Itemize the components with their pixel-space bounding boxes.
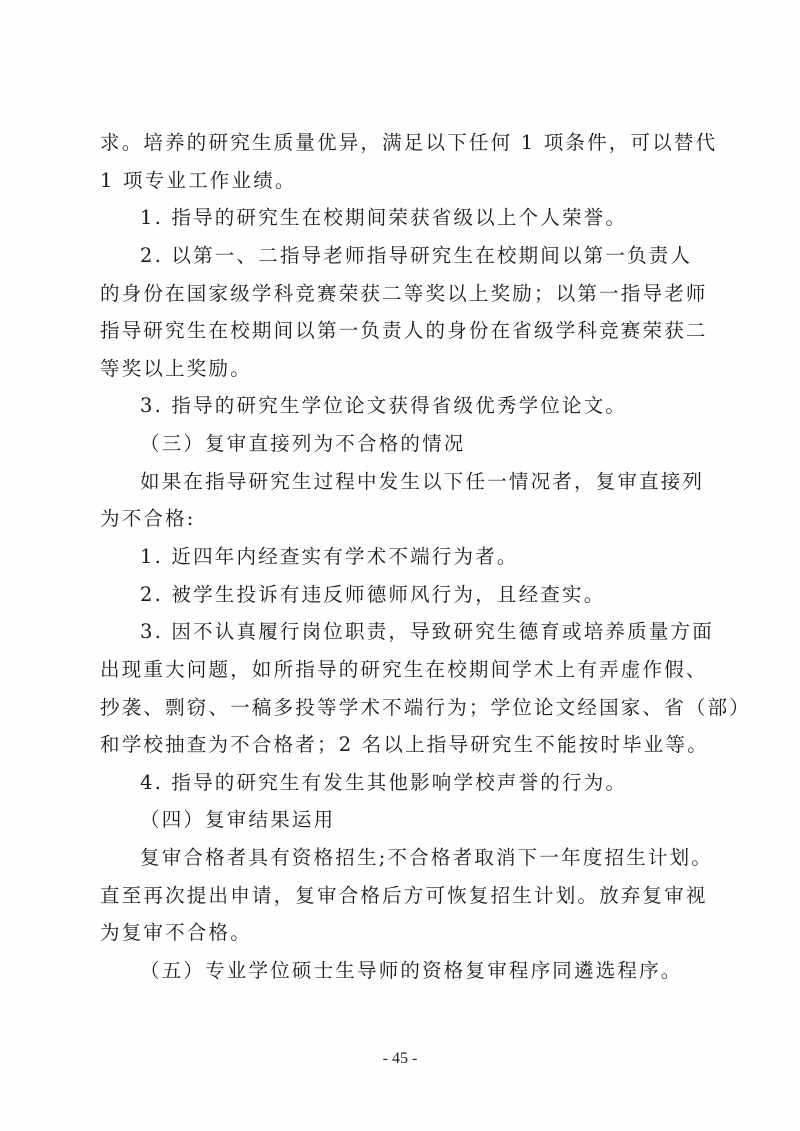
text-line: 等奖以上奖励。 [100,354,720,384]
section-heading: （五）专业学位硕士生导师的资格复审程序同遴选程序。 [140,956,760,986]
text-line: 直至再次提出申请，复审合格后方可恢复招生计划。放弃复审视 [100,881,720,911]
text-line: 的身份在国家级学科竞赛荣获二等奖以上奖励；以第一指导老师 [100,279,720,309]
text-line: 为不合格: [100,504,720,534]
section-heading: （四）复审结果运用 [140,805,760,835]
document-page: 求。培养的研究生质量优异，满足以下任何 1 项条件，可以替代 1 项专业工作业绩… [0,0,800,1131]
list-item: 3. 因不认真履行岗位职责，导致研究生德育或培养质量方面 [140,617,720,647]
text-line: 1 项专业工作业绩。 [100,166,720,196]
section-heading: （三）复审直接列为不合格的情况 [140,429,760,459]
text-line: 指导研究生在校期间以第一负责人的身份在省级学科竞赛荣获二 [100,316,720,346]
text-line: 求。培养的研究生质量优异，满足以下任何 1 项条件，可以替代 [100,128,720,158]
list-item: 4. 指导的研究生有发生其他影响学校声誉的行为。 [140,768,720,798]
paragraph-start: 如果在指导研究生过程中发生以下任一情况者，复审直接列 [140,467,720,497]
list-item: 2. 被学生投诉有违反师德师风行为，且经查实。 [140,580,720,610]
list-item: 1. 指导的研究生在校期间荣获省级以上个人荣誉。 [140,203,720,233]
list-item: 1. 近四年内经查实有学术不端行为者。 [140,542,720,572]
text-line: 为复审不合格。 [100,918,720,948]
text-line: 和学校抽查为不合格者；2 名以上指导研究生不能按时毕业等。 [100,730,720,760]
list-item: 2. 以第一、二指导老师指导研究生在校期间以第一负责人 [140,241,720,271]
list-item: 3. 指导的研究生学位论文获得省级优秀学位论文。 [140,391,720,421]
text-line: 出现重大问题，如所指导的研究生在校期间学术上有弄虚作假、 [100,655,720,685]
page-number: - 45 - [0,1050,800,1068]
paragraph-start: 复审合格者具有资格招生;不合格者取消下一年度招生计划。 [140,843,720,873]
text-line: 抄袭、剽窃、一稿多投等学术不端行为；学位论文经国家、省（部） [100,693,720,723]
